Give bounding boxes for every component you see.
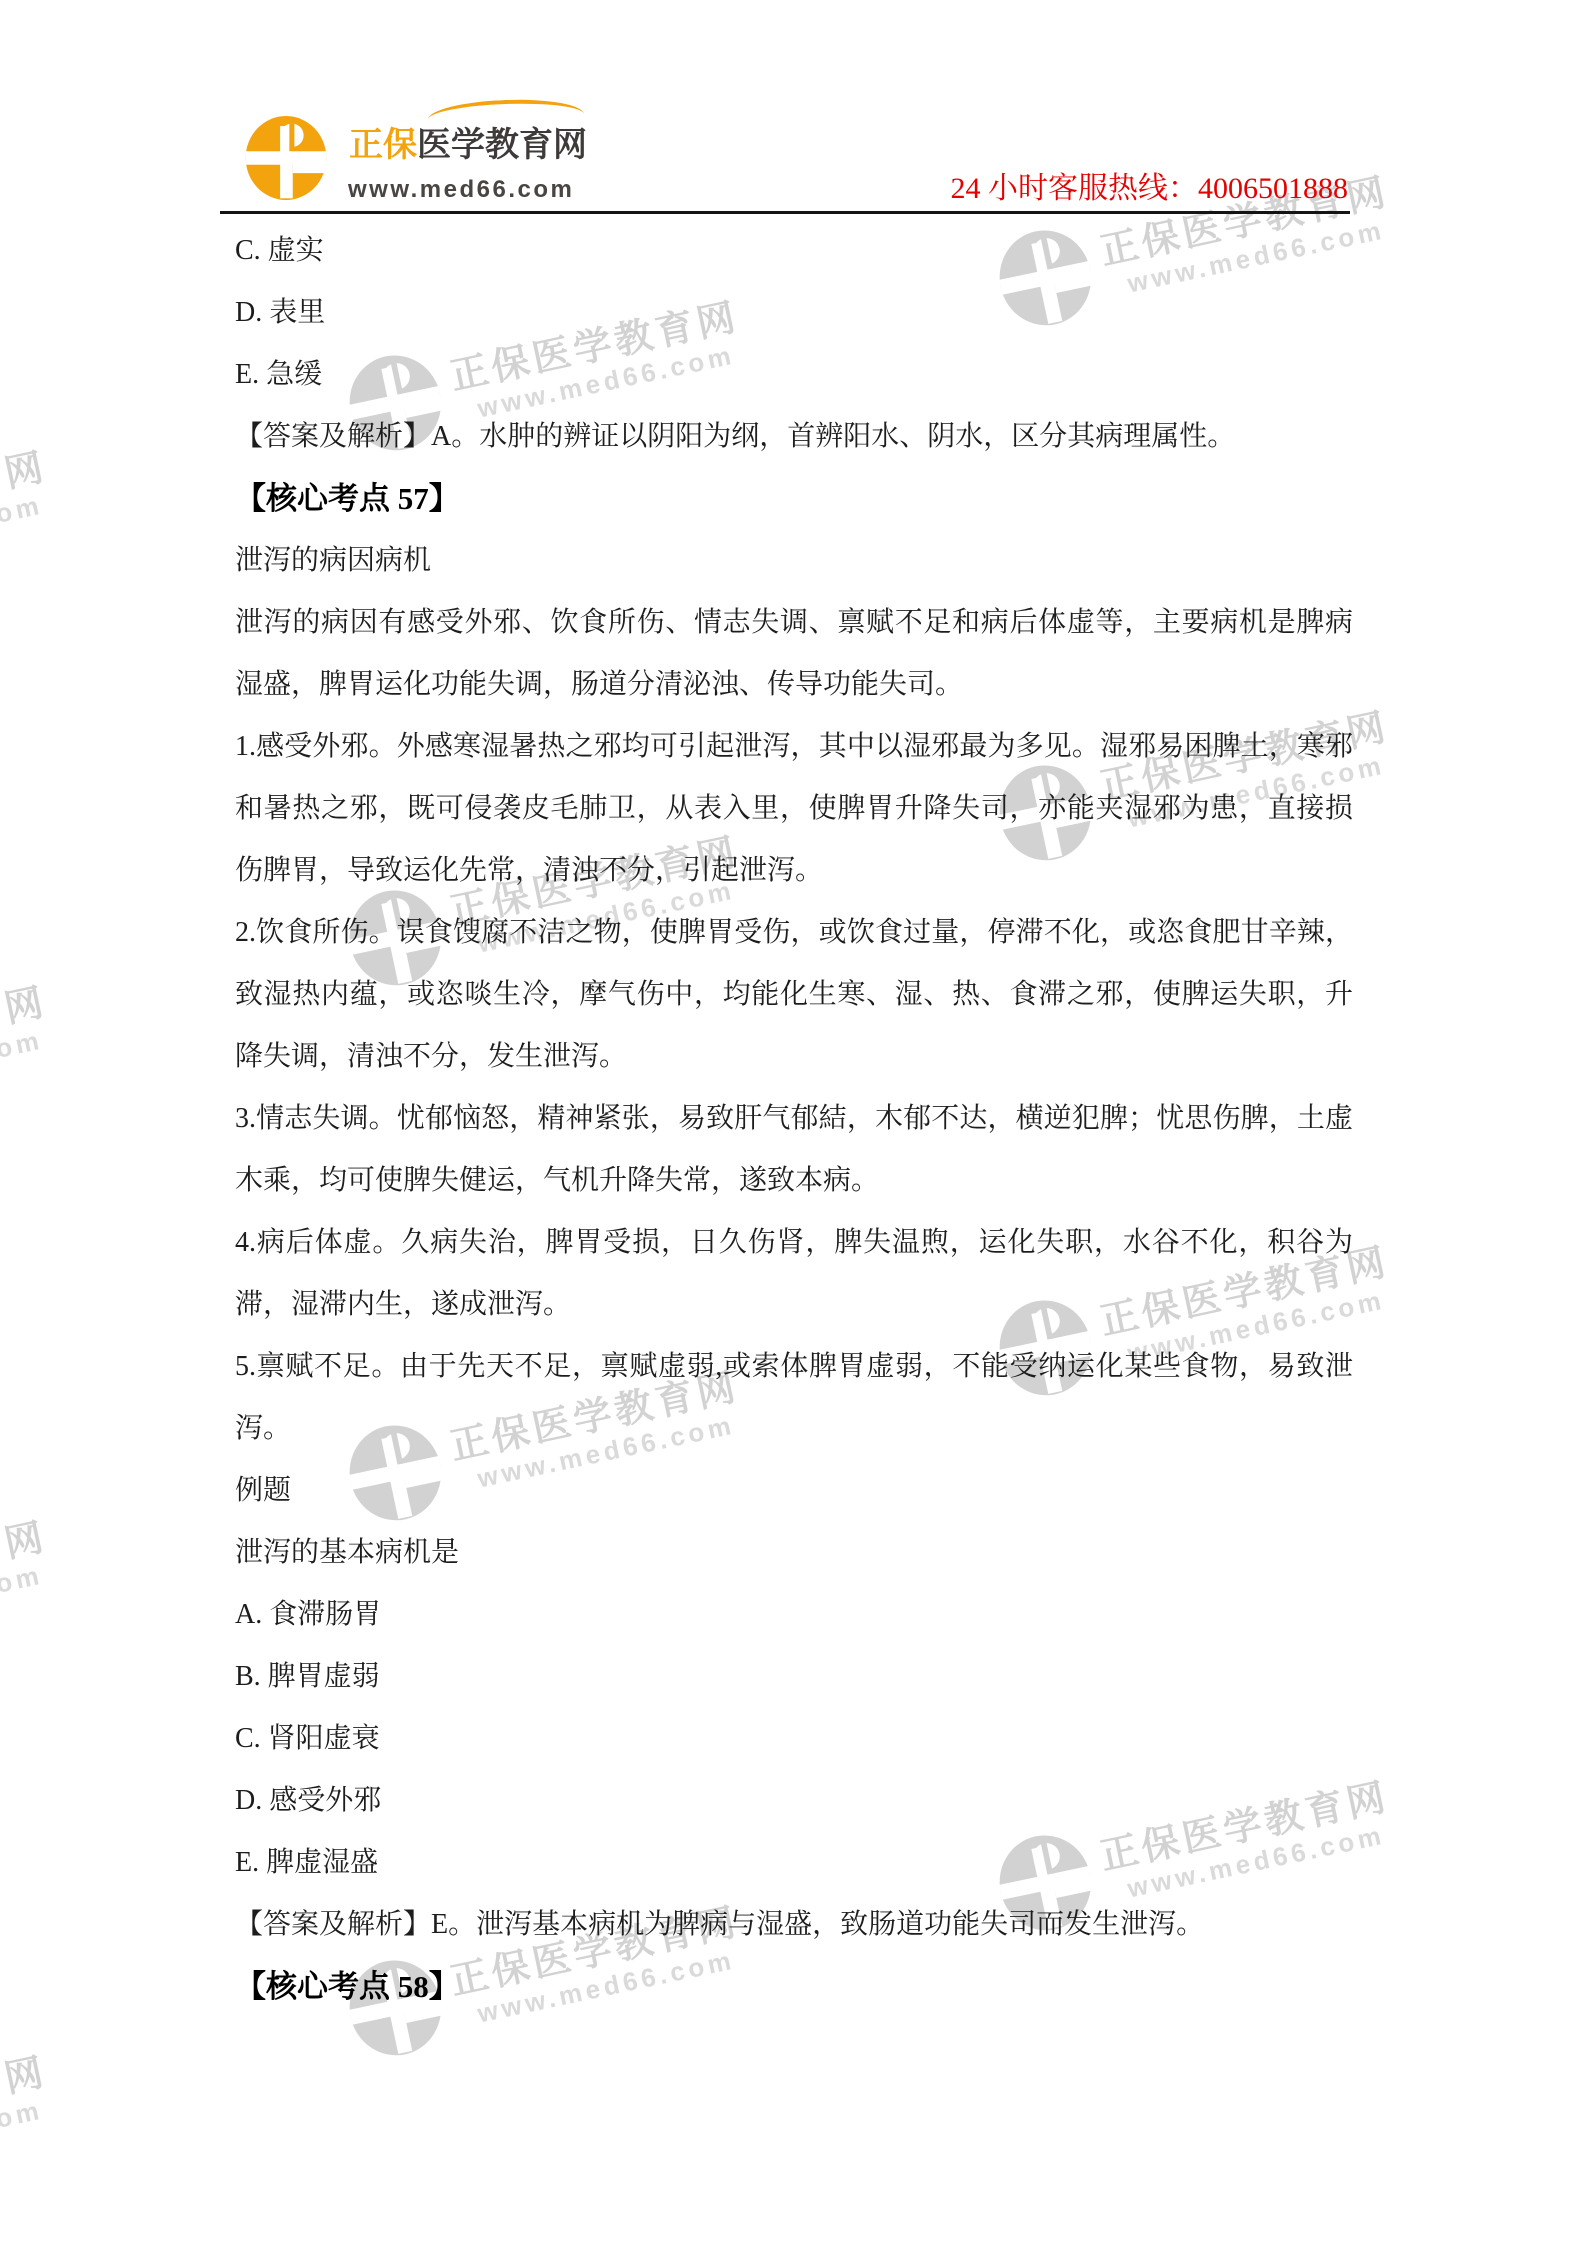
option-line: C. 肾阳虚衰 [235, 1708, 1353, 1770]
option-line: D. 表里 [235, 282, 1353, 344]
topic-heading: 【核心考点 58】 [235, 1956, 1353, 2018]
document-body: C. 虚实D. 表里E. 急缓【答案及解析】A。水肿的辨证以阴阳为纲，首辨阳水、… [235, 220, 1353, 2018]
answer-line: 【答案及解析】E。泄泻基本病机为脾病与湿盛，致肠道功能失司而发生泄泻。 [235, 1894, 1353, 1956]
body-paragraph: 2.饮食所伤。误食馊腐不洁之物，使脾胃受伤，或饮食过量，停滞不化，或恣食肥甘辛辣… [235, 902, 1353, 1088]
body-paragraph: 泄泻的病因有感受外邪、饮食所伤、情志失调、禀赋不足和病后体虚等，主要病机是脾病湿… [235, 592, 1353, 716]
page: 正保医学教育网www.med66.com正保医学教育网www.med66.com… [0, 0, 1587, 2245]
hotline-text: 24 小时客服热线：4006501888 [951, 172, 1349, 205]
body-paragraph: 5.禀赋不足。由于先天不足，禀赋虚弱,或索体脾胃虚弱，不能受纳运化某些食物，易致… [235, 1336, 1353, 1460]
option-line: E. 脾虚湿盛 [235, 1832, 1353, 1894]
option-line: B. 脾胃虚弱 [235, 1646, 1353, 1708]
body-paragraph: 例题 [235, 1460, 1353, 1522]
option-line: E. 急缓 [235, 344, 1353, 406]
topic-heading: 【核心考点 57】 [235, 468, 1353, 530]
option-line: A. 食滞肠胃 [235, 1584, 1353, 1646]
body-paragraph: 泄泻的基本病机是 [235, 1522, 1353, 1584]
body-paragraph: 泄泻的病因病机 [235, 530, 1353, 592]
option-line: D. 感受外邪 [235, 1770, 1353, 1832]
brand-url: www.med66.com [348, 178, 574, 202]
option-line: C. 虚实 [235, 220, 1353, 282]
brand-prefix: 正保 [349, 126, 417, 164]
body-paragraph: 3.情志失调。忧郁恼怒，精神紧张，易致肝气郁結，木郁不达，横逆犯脾；忧思伤脾，土… [235, 1088, 1353, 1212]
body-paragraph: 4.病后体虚。久病失治，脾胃受损，日久伤肾，脾失温煦，运化失职，水谷不化，积谷为… [235, 1212, 1353, 1336]
body-paragraph: 1.感受外邪。外感寒湿暑热之邪均可引起泄泻，其中以湿邪最为多见。湿邪易困脾土，寒… [235, 716, 1353, 902]
med66-logo-icon [244, 112, 328, 209]
header-rule [220, 211, 1350, 214]
answer-line: 【答案及解析】A。水肿的辨证以阴阳为纲，首辨阳水、阴水，区分其病理属性。 [235, 406, 1353, 468]
